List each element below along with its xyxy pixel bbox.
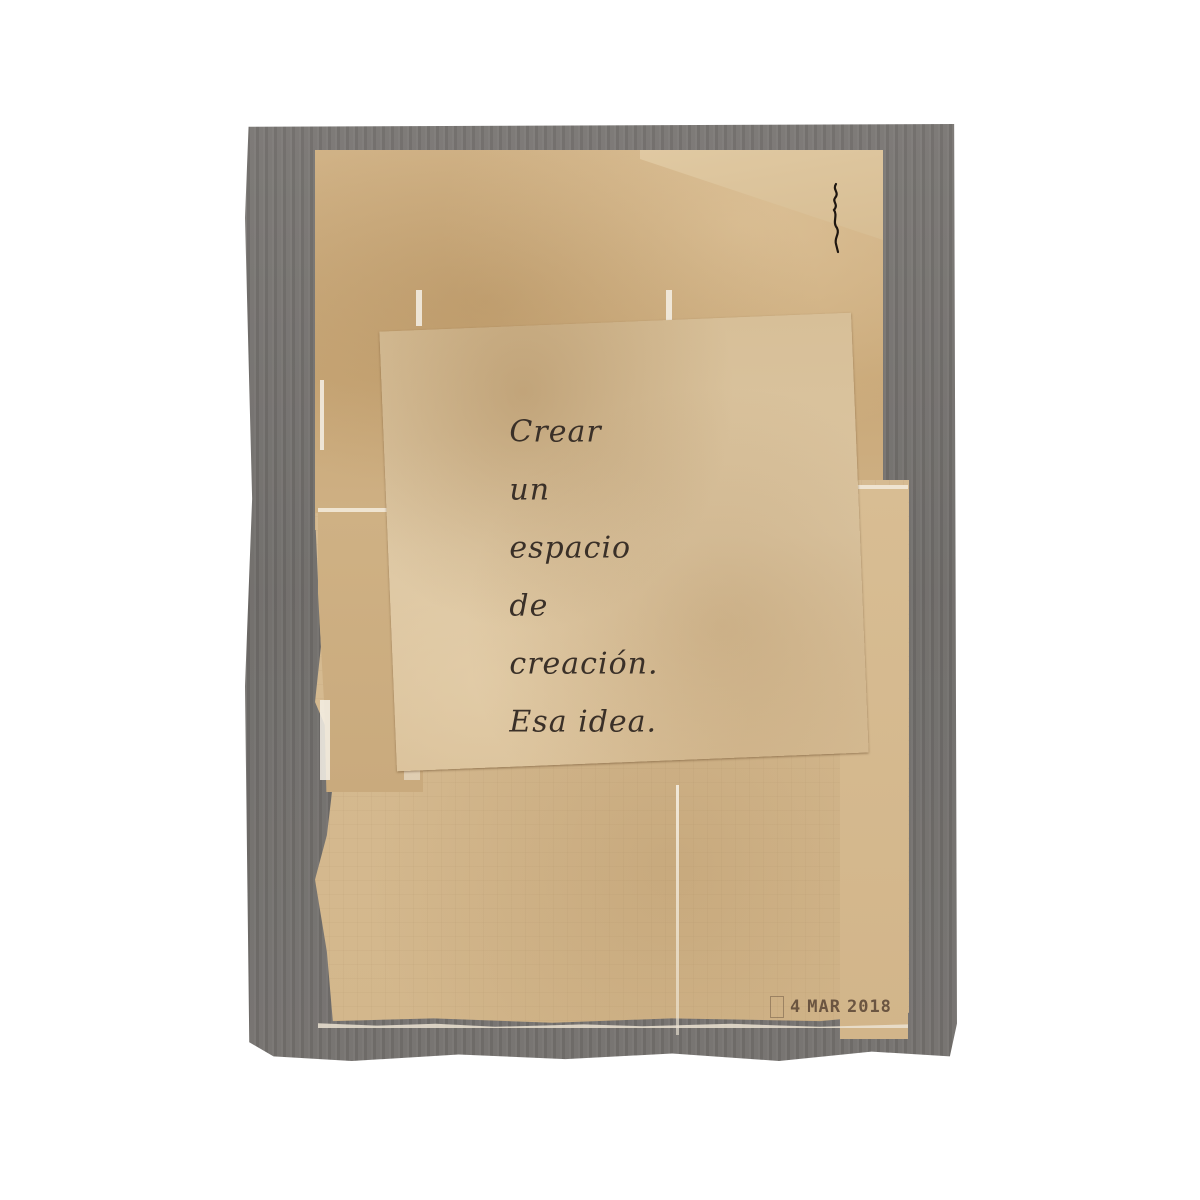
paper-scrape [320, 380, 324, 450]
note-line: espacio [509, 520, 658, 578]
paper-crease [676, 785, 679, 1035]
handwritten-text: Crear un espacio de creación. Esa idea. [509, 404, 658, 752]
stamp-year: 2018 [847, 997, 892, 1017]
note-line: creación. [509, 636, 658, 694]
paper-scrape [320, 700, 330, 780]
note-line: Esa idea. [509, 694, 658, 752]
stamp-box-icon [770, 996, 784, 1018]
paper-scrape [416, 290, 422, 326]
note-line: de [509, 578, 658, 636]
stamp-day: 4 [790, 997, 801, 1017]
note-line: un [509, 462, 658, 520]
collage-artwork: Crear un espacio de creación. Esa idea. … [0, 0, 1200, 1200]
handwritten-note-paper: Crear un espacio de creación. Esa idea. [379, 313, 868, 772]
signature-icon [828, 182, 844, 254]
date-stamp: 4 MAR 2018 [770, 996, 892, 1018]
note-line: Crear [509, 404, 658, 462]
stamp-month: MAR [807, 997, 841, 1017]
